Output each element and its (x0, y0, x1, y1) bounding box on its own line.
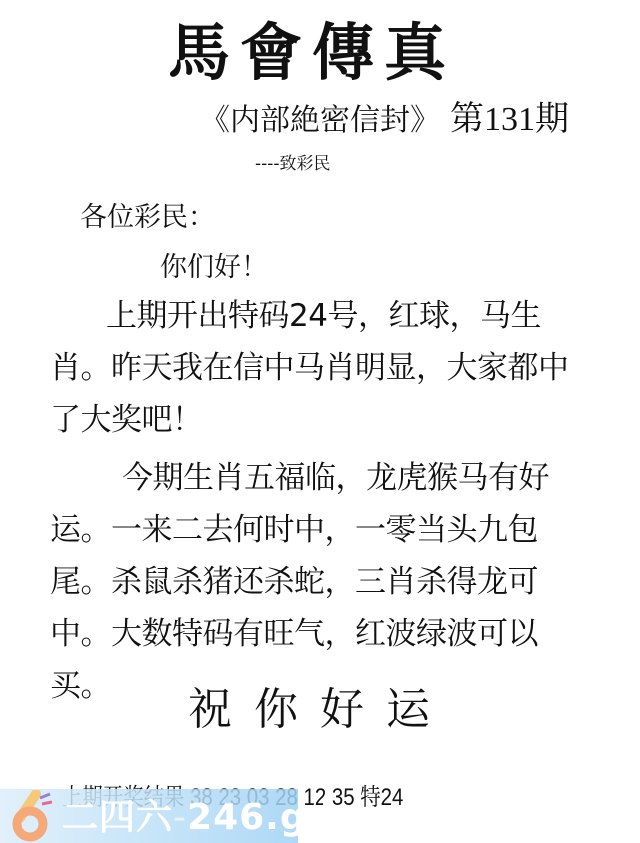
six-logo-icon (6, 790, 52, 842)
watermark-sep: - (173, 797, 187, 838)
issue-number: 第131期 (450, 101, 569, 138)
watermark-cn: 二四六 (62, 797, 173, 838)
greeting: 各位彩民： (80, 198, 215, 238)
closing-blessing: 祝你好运 (0, 678, 640, 742)
watermark-domain: 246.gd (187, 797, 333, 838)
hello-line: 你们好！ (160, 248, 268, 288)
paragraph-prediction: 今期生肖五福临，龙虎猴马有好运。一来二去何时中，一零当头九包尾。杀鼠杀猪还杀蛇，… (50, 452, 595, 712)
paragraph-last-result: 上期开出特码24号，红球，马生肖。昨天我在信中马肖明显，大家都中了大奖吧！ (50, 290, 595, 446)
watermark-text: 二四六-246.gd (62, 796, 333, 840)
subtitle-line: 《内部絶密信封》第131期 (200, 100, 569, 141)
sender-line: ----致彩民 (255, 152, 331, 176)
document-title: 馬會傳真 (0, 18, 632, 88)
subtitle: 《内部絶密信封》 (200, 103, 440, 138)
